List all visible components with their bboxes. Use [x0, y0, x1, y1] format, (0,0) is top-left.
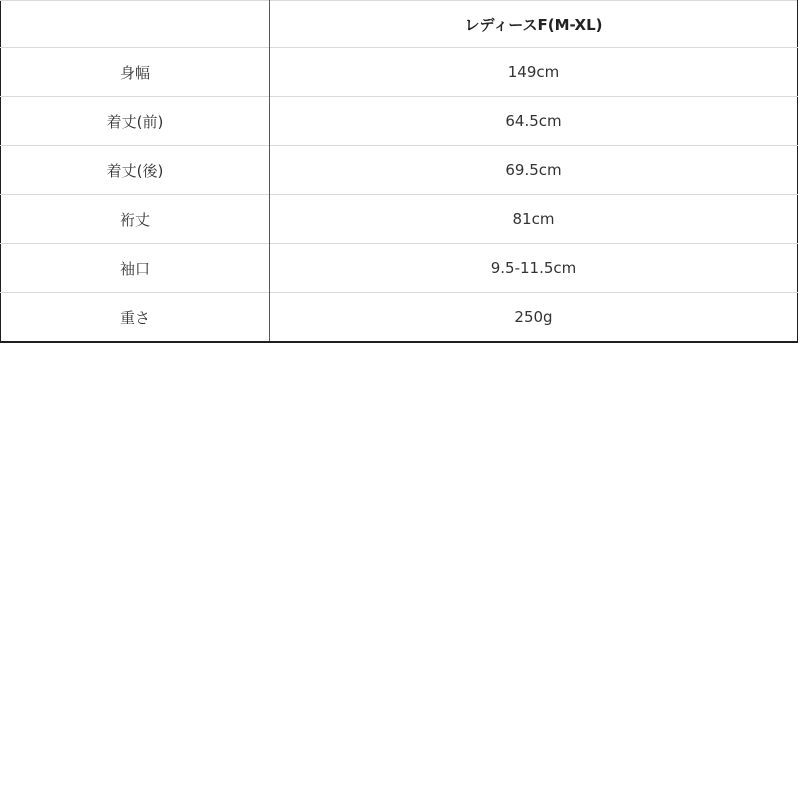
table-row: 重さ 250g	[1, 293, 798, 343]
size-chart-table: レディースF(M-XL) 身幅 149cm 着丈(前) 64.5cm 着丈(後)…	[0, 0, 798, 343]
row-label-body-width: 身幅	[1, 48, 270, 97]
row-value-body-width: 149cm	[270, 48, 798, 97]
row-value-cuff: 9.5-11.5cm	[270, 244, 798, 293]
table-row: 着丈(前) 64.5cm	[1, 97, 798, 146]
row-label-length-front: 着丈(前)	[1, 97, 270, 146]
header-corner-cell	[1, 1, 270, 48]
row-label-sleeve-length: 裄丈	[1, 195, 270, 244]
table-row: 着丈(後) 69.5cm	[1, 146, 798, 195]
row-value-sleeve-length: 81cm	[270, 195, 798, 244]
size-chart-header-row: レディースF(M-XL)	[1, 1, 798, 48]
row-label-weight: 重さ	[1, 293, 270, 343]
row-value-weight: 250g	[270, 293, 798, 343]
table-row: 袖口 9.5-11.5cm	[1, 244, 798, 293]
row-value-length-front: 64.5cm	[270, 97, 798, 146]
header-size-label: レディースF(M-XL)	[270, 1, 798, 48]
row-value-length-back: 69.5cm	[270, 146, 798, 195]
row-label-length-back: 着丈(後)	[1, 146, 270, 195]
table-row: 裄丈 81cm	[1, 195, 798, 244]
table-row: 身幅 149cm	[1, 48, 798, 97]
row-label-cuff: 袖口	[1, 244, 270, 293]
